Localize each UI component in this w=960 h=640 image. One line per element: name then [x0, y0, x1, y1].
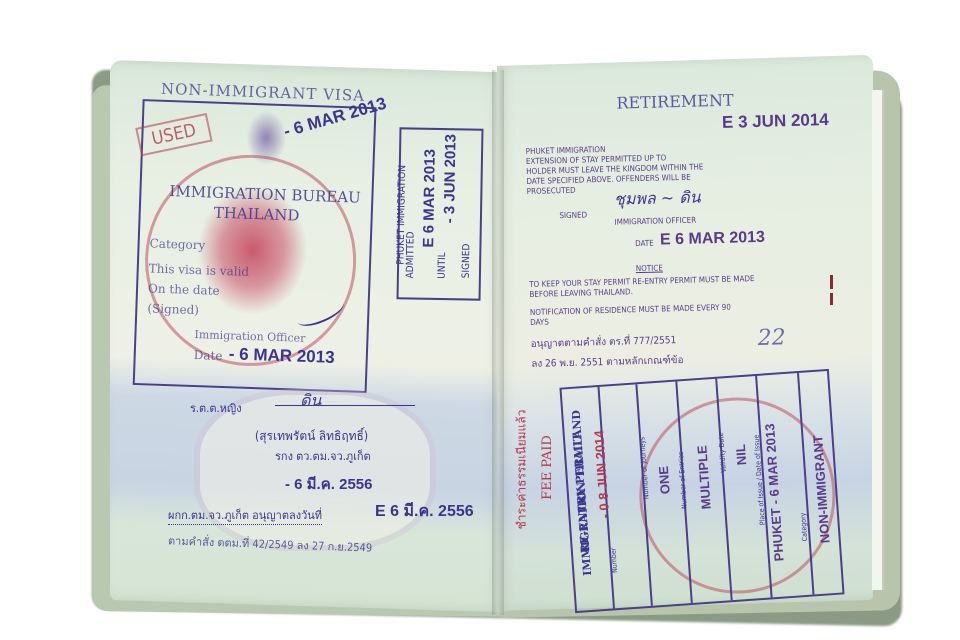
notice-2: NOTIFICATION OF RESIDENCE MUST BE MADE E…	[530, 302, 740, 327]
journeys-value: ONE	[656, 466, 673, 495]
margin-mark-2	[830, 293, 833, 305]
category-value: NON-IMMIGRANT	[810, 435, 833, 544]
thai-line-2: ลง 26 พ.ย. 2551 ตามหลักเกณฑ์ข้อ	[531, 353, 684, 372]
admission-stamp: PHUKET IMMIGRATION ADMITTED E 6 MAR 2013…	[397, 127, 484, 300]
until-date: - 3 JUN 2013	[441, 134, 460, 224]
validity-label: Validity Date	[717, 432, 728, 473]
thai-endorsement: ร.ต.ต.หญิง ดิน (สุรเทพรัตน์ ลิทธิฤทธิ์) …	[160, 395, 500, 595]
permit-number-label: Number	[609, 547, 619, 573]
signed-label: SIGNED	[559, 210, 587, 220]
validity-value: NIL	[733, 444, 749, 466]
notice-title: NOTICE	[636, 263, 663, 273]
visa-date: - 6 MAR 2013	[228, 344, 334, 368]
rank-label: ร.ต.ต.หญิง	[190, 399, 242, 417]
date-label: DATE	[635, 239, 654, 248]
handwritten-number: 22	[757, 325, 786, 351]
extension-stamp: RETIREMENT E 3 JUN 2014 PHUKET IMMIGRATI…	[516, 84, 844, 392]
extension-issue-date: E 6 MAR 2013	[660, 229, 765, 250]
visa-field-category: Category	[149, 236, 205, 252]
signed-label: SIGNED	[461, 244, 473, 279]
officer-name: (สุรเทพรัตน์ ลิทธิฤทธิ์)	[255, 427, 368, 446]
approval-line: ผกก.ตม.จว.ภูเก็ต อนุญาตลงวันที่	[168, 506, 322, 525]
thai-date-1: - 6 มี.ค. 2556	[285, 472, 372, 496]
retirement-title: RETIREMENT	[616, 91, 734, 113]
permit-header-2: RE-ENTRY PERMIT	[571, 432, 592, 553]
signature	[275, 405, 415, 407]
admitted-date: E 6 MAR 2013	[420, 149, 439, 248]
until-label: UNTIL	[437, 252, 448, 279]
notice-1: TO KEEP YOUR STAY PERMIT RE-ENTRY PERMIT…	[529, 273, 779, 300]
extension-date: E 3 JUN 2014	[722, 110, 829, 133]
signature-mark: ดิน	[300, 389, 321, 414]
reentry-permit-stamp: IMMIGRATION THAILAND RE-ENTRY PERMIT - 0…	[559, 369, 844, 613]
thai-line-1: อนุญาตตามคำสั่ง ตร.ที่ 777/2551	[531, 333, 677, 352]
garuda-emblem-small	[245, 110, 287, 166]
visa-stamp: NON-IMMIGRANT VISA USED - 6 MAR 2013 IMM…	[123, 81, 383, 390]
officer-label: IMMIGRATION OFFICER	[614, 216, 696, 227]
visa-field-date: On the date	[148, 281, 220, 297]
admitted-label: ADMITTED	[405, 231, 417, 278]
fee-paid-label: FEE PAID	[540, 435, 555, 500]
extension-line-4: PROSECUTED	[527, 186, 576, 196]
visa-field-signed: (Signed)	[147, 301, 199, 317]
thai-date-2: E 6 มี.ค. 2556	[375, 499, 474, 524]
fee-paid-thai: ชำระค่าธรรมเนียมแล้ว	[512, 410, 531, 530]
officer-position: รกง ตว.ตม.จว.ภูเก็ต	[275, 447, 371, 465]
entries-value: MULTIPLE	[694, 445, 713, 510]
country-label: THAILAND	[213, 204, 299, 225]
visa-date-label: Date	[194, 348, 223, 363]
extension-signature: ชุมพล ~ ดิน	[614, 185, 701, 212]
page-edge	[872, 90, 884, 590]
margin-mark	[830, 275, 833, 289]
